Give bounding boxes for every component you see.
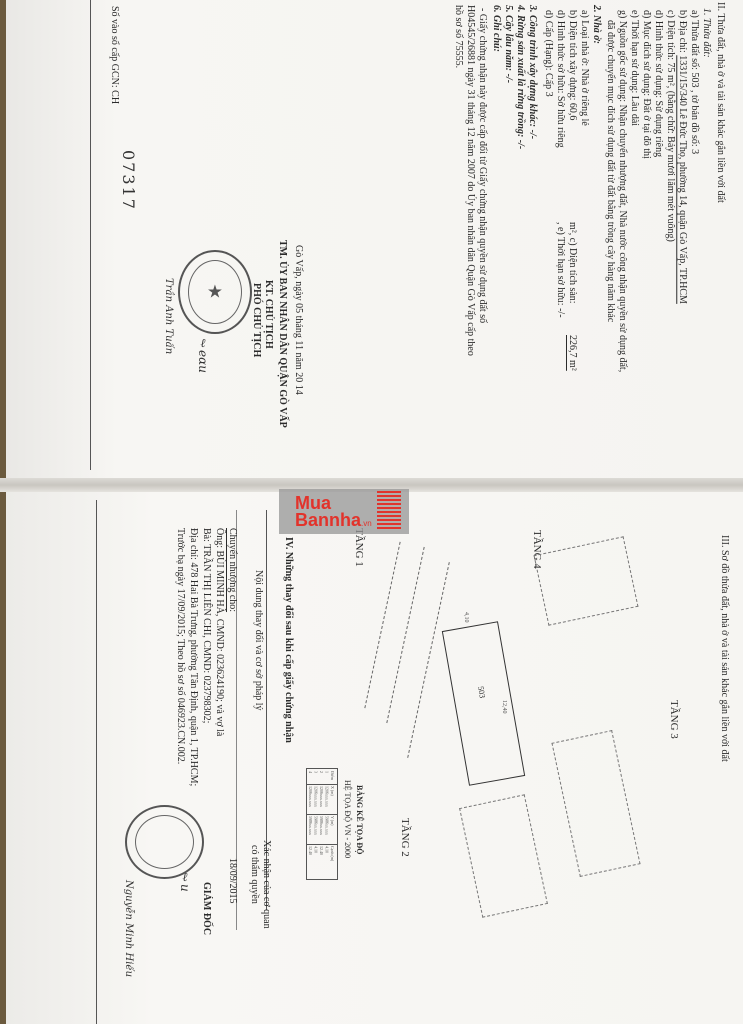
coord-table-cell: 2 xyxy=(319,771,324,773)
land-address-value: 1331/15/340 Lê Đức Thọ, phường 14, quận … xyxy=(677,55,688,304)
coord-table-title: BẢNG KÊ TỌA ĐỘ xyxy=(354,785,364,854)
floor-2-label: TẦNG 2 xyxy=(398,818,411,857)
transfer-title: Chuyển nhượng cho: xyxy=(226,528,239,612)
coord-table-cell: 1 xyxy=(325,771,330,773)
coord-table-divider xyxy=(307,814,337,815)
section-iv-heading: IV. Những thay đổi sau khi cấp giấy chứn… xyxy=(282,537,295,743)
land-origin-line1: g) Nguồn gốc sử dụng: Nhận chuyển nhượng… xyxy=(616,10,629,372)
land-address: b) Địa chỉ: 1331/15/340 Lê Đức Thọ, phườ… xyxy=(676,10,689,304)
watermark-line2: Bannha.vn xyxy=(295,511,372,533)
land-address-label: b) Địa chỉ: xyxy=(677,10,688,55)
coord-table-cell: 5986xx.xxx xyxy=(314,816,319,835)
authority-header-line1: Xác nhận của cơ quan xyxy=(260,840,273,929)
transfer-line1: Ông: BÙI MINH HÀ, CMND: 023624190; và vợ… xyxy=(213,528,226,736)
registration-office-stamp xyxy=(125,805,204,879)
coord-table-subtitle: HỆ TỌA ĐỘ VN - 2000 xyxy=(342,780,352,858)
house-build-area: b) Diện tích xây dựng: 60,6 xyxy=(566,10,579,120)
coord-table-cell: 1206xxx.xxx xyxy=(325,786,330,807)
coord-table-header: Điểm xyxy=(330,771,335,780)
section-iii-heading: III. Sơ đồ thửa đất, nhà ở và tài sản kh… xyxy=(718,535,731,762)
perennial-trees: 5. Cây lâu năm: -/- xyxy=(502,5,515,83)
coord-table-divider xyxy=(307,844,337,845)
land-use-form: d) Hình thức sử dụng: Sử dụng riêng xyxy=(652,10,665,157)
coord-table-cell: 12.40 xyxy=(308,846,313,855)
other-construction: 3. Công trình xây dựng khác: -/- xyxy=(526,5,539,139)
coord-table-cell: 5986xx.xxx xyxy=(308,816,313,835)
section-ii-heading: II. Thửa đất, nhà ở và tài sản khác gắn … xyxy=(714,2,727,203)
issuer-stamp: ★ xyxy=(178,250,252,334)
note-line2: H04545/26881 ngày 31 tháng 12 năm 2007 d… xyxy=(464,5,477,356)
certificate-page-bottom xyxy=(6,488,743,1024)
house-grade: d) Cấp (Hạng): Cấp 3 xyxy=(542,10,555,97)
house-heading: 2. Nhà ở: xyxy=(590,5,603,44)
note-line3: hồ sơ số 75555. xyxy=(452,5,465,68)
issuer-role1: KT. CHỦ TỊCH xyxy=(262,280,275,349)
coord-table-cell: 3 xyxy=(314,771,319,773)
margin-line-bottom xyxy=(96,500,97,1024)
house-ownership-term: , e) Thời hạn sở hữu: -/- xyxy=(554,222,567,318)
coord-table: ĐiểmX (m)Y (m)Cạnh (m)11206xxx.xxx5986xx… xyxy=(306,768,338,880)
transfer-line4: Trước bạ ngày 17/09/2015; Theo hồ sơ số … xyxy=(174,528,187,764)
margin-line-top xyxy=(90,0,91,470)
plot-length-dim: 12,40 xyxy=(500,700,507,714)
coord-table-cell: 12.40 xyxy=(319,846,324,855)
land-use-term: e) Thời hạn sử dụng: Lâu dài xyxy=(628,10,641,126)
coord-table-cell: 1206xxx.xxx xyxy=(319,786,324,807)
coord-table-header: X (m) xyxy=(330,786,335,796)
house-floor-area-label: m², c) Diện tích sàn: xyxy=(566,222,579,304)
issue-date-line: Gò Vấp, ngày 05 tháng 11 năm 20 14 xyxy=(292,245,305,395)
plot-number: 503 xyxy=(475,685,487,699)
coord-table-header: Y (m) xyxy=(330,816,335,826)
coord-table-cell: 5986xx.xxx xyxy=(325,816,330,835)
house-ownership: d) Hình thức sở hữu: Sở hữu riêng xyxy=(554,10,567,148)
land-plot-number: a) Thửa đất số: 503 , tờ bản đồ số: 3 xyxy=(688,10,701,154)
note-line1: - Giấy chứng nhận này được cấp đổi từ Gi… xyxy=(476,8,489,323)
coord-table-header: Cạnh (m) xyxy=(330,846,335,861)
coord-table-divider xyxy=(307,784,337,785)
changes-content-header: Nội dung thay đổi và cơ sở pháp lý xyxy=(252,570,265,711)
transfer-signature-scrawl: ℓu xyxy=(178,870,191,892)
issuer-name: Trần Anh Tuấn xyxy=(162,278,175,354)
plot-width-dim: 4,10 xyxy=(462,612,469,623)
coord-table-cell: 4 xyxy=(308,771,313,773)
coord-table-cell: 1206xxx.xxx xyxy=(314,786,319,807)
floor-3-label: TẦNG 3 xyxy=(667,700,680,739)
registry-number: 07317 xyxy=(122,150,135,211)
notes-heading: 6. Ghi chú: xyxy=(490,5,503,52)
land-origin-line2: đã được chuyển mục đích sử dụng đất từ đ… xyxy=(604,20,617,322)
transfer-line2: Bà: TRẦN THỊ LIÊN CHI, CMND: 023798302; xyxy=(200,528,213,723)
land-area: c) Diện tích: 75 m², (bằng chữ: Bảy mươi… xyxy=(664,10,677,242)
registry-label: Số vào sổ cấp GCN: CH xyxy=(108,6,121,104)
watermark-building-icon xyxy=(377,491,401,531)
land-heading: 1. Thửa đất: xyxy=(700,8,713,58)
stamp-star-icon: ★ xyxy=(207,282,223,303)
mua-ban-nha-watermark: Mua Bannha.vn xyxy=(279,489,409,534)
transfer-signer-role: GIÁM ĐỐC xyxy=(200,882,213,935)
issuer-org: TM. ỦY BAN NHÂN DÂN QUẬN GÒ VẤP xyxy=(276,240,289,428)
authority-header-line2: có thẩm quyền xyxy=(248,845,261,904)
house-type: a) Loại nhà ở: Nhà ở riêng lẻ xyxy=(578,10,591,126)
transfer-signer-name: Nguyễn Minh Hiếu xyxy=(122,880,135,977)
coord-table-cell: 4.10 xyxy=(314,846,319,853)
house-floor-area-value: 226,7 m² xyxy=(566,335,579,371)
coord-table-cell: 5986xx.xxx xyxy=(319,816,324,835)
coord-table-cell: 4.10 xyxy=(325,846,330,853)
transfer-date: 18/09/2015 xyxy=(226,858,239,904)
planted-forest: 4. Rừng sản xuất là rừng trồng: -/- xyxy=(514,5,527,149)
issuer-signature-scrawl: ℓeαu xyxy=(196,336,209,373)
coord-table-cell: 1206xxx.xxx xyxy=(308,786,313,807)
transfer-line3: Địa chỉ: 478 Hai Bà Trưng, phường Tân Đị… xyxy=(187,528,200,786)
land-use-purpose: đ) Mục đích sử dụng: Đất ở tại đô thị xyxy=(640,10,653,159)
